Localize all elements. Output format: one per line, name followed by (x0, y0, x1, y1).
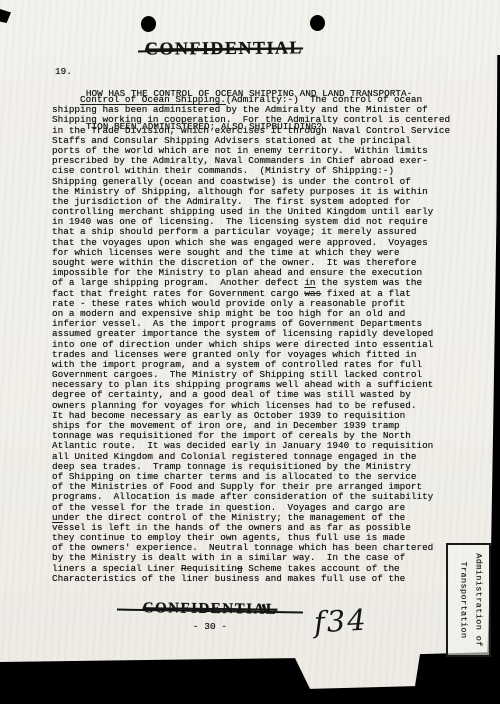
page-number: - 30 - (180, 621, 240, 632)
scan-artifact-top-left (0, 9, 11, 23)
archive-stamp-box: Administration of Transportation (446, 543, 491, 657)
scanned-document-page: CONFIDENTIAL 19. HOW HAS THE CONTROL OF … (0, 0, 500, 704)
hole-punch-dot-right (310, 15, 325, 31)
scan-edge-bottom (0, 648, 500, 704)
handwritten-mark: f34 (313, 603, 368, 640)
hole-punch-dot-left (140, 15, 157, 33)
archive-stamp-text: Administration of Transportation (447, 544, 490, 656)
body-text: Control of Ocean Shipping.(Admiralty:-) … (52, 95, 452, 584)
stamp-line-1: Administration of (470, 544, 485, 656)
stamp-line-2: Transportation (455, 544, 470, 656)
